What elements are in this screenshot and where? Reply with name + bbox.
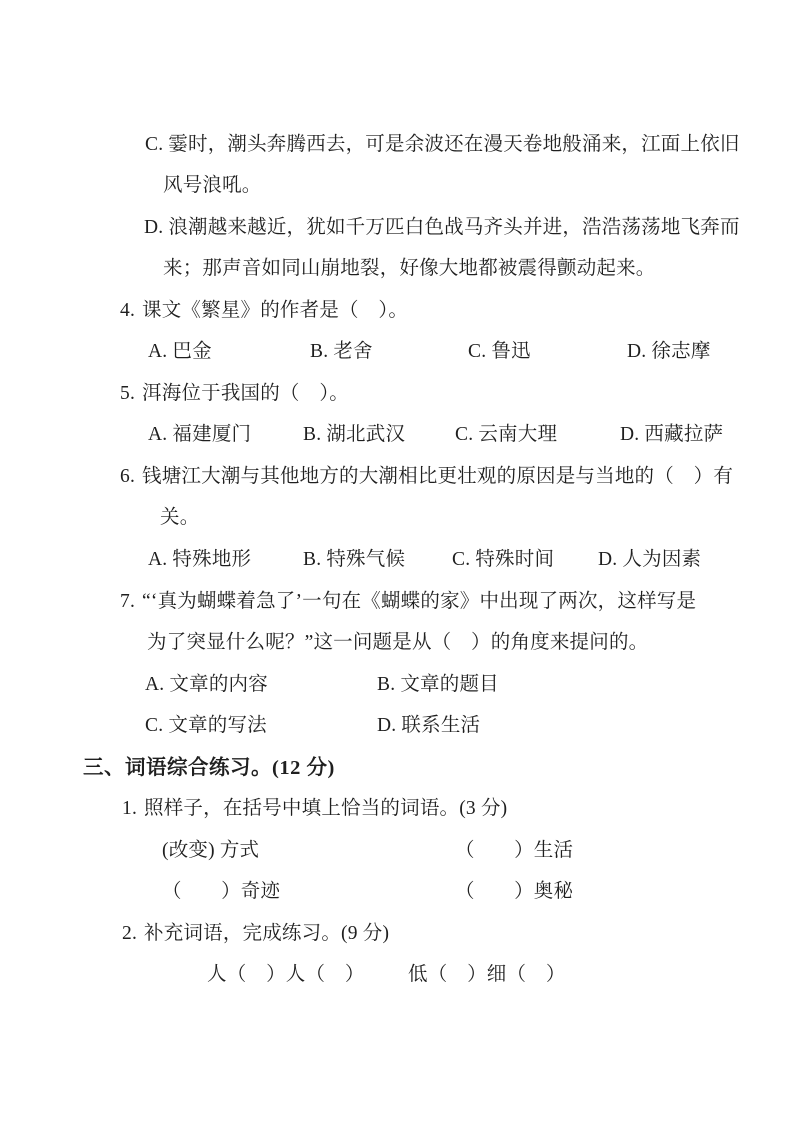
question-7-choice-c: C. 文章的写法 xyxy=(145,714,267,738)
section-3-item-1: 1.照样子，在括号中填上恰当的词语。(3 分) xyxy=(122,797,507,821)
section-3-title: 三、词语综合练习。(12 分) xyxy=(83,756,335,780)
question-7-choice-b: B. 文章的题目 xyxy=(377,673,499,697)
section-3-item-1-text: 照样子，在括号中填上恰当的词语。(3 分) xyxy=(144,798,507,819)
idiom-blank-di: 低（ ）细（ ） xyxy=(408,963,566,987)
question-7: 7.“‘真为蝴蝶着急了’一句在《蝴蝶的家》中出现了两次，这样写是 xyxy=(120,590,696,614)
question-5: 5.洱海位于我国的（ ）。 xyxy=(120,382,349,406)
question-5-choice-b: B. 湖北武汉 xyxy=(303,423,405,447)
question-7-choice-a: A. 文章的内容 xyxy=(145,673,268,697)
question-6-choice-b: B. 特殊气候 xyxy=(303,548,405,572)
question-6-choice-d: D. 人为因素 xyxy=(598,548,701,572)
question-6-text-line1: 钱塘江大潮与其他地方的大潮相比更壮观的原因是与当地的（ ）有 xyxy=(142,466,733,487)
question-6-number: 6. xyxy=(120,465,135,489)
question-7-choice-d: D. 联系生活 xyxy=(377,714,480,738)
question-4-choice-d: D. 徐志摩 xyxy=(627,340,711,364)
option-c-text-line2: 风号浪吼。 xyxy=(163,174,262,198)
question-4-text: 课文《繁星》的作者是（ ）。 xyxy=(142,300,408,321)
question-7-number: 7. xyxy=(120,590,135,614)
section-3-item-2-number: 2. xyxy=(122,922,137,946)
blank-aomi: （ ）奥秘 xyxy=(455,880,573,904)
question-4: 4.课文《繁星》的作者是（ ）。 xyxy=(120,299,408,323)
option-d-label: D. xyxy=(144,216,163,240)
option-d-text-line1: 浪潮越来越近，犹如千万匹白色战马齐头并进，浩浩荡荡地飞奔而 xyxy=(168,217,739,238)
question-5-number: 5. xyxy=(120,382,135,406)
question-6-text-line2: 关。 xyxy=(160,506,199,530)
exam-page: C.霎时，潮头奔腾西去，可是余波还在漫天卷地般涌来，江面上依旧 风号浪吼。 D.… xyxy=(0,0,793,1122)
section-3-item-2: 2.补充词语，完成练习。(9 分) xyxy=(122,922,389,946)
blank-qiji: （ ）奇迹 xyxy=(162,880,280,904)
option-c-row: C.霎时，潮头奔腾西去，可是余波还在漫天卷地般涌来，江面上依旧 xyxy=(145,133,740,157)
option-c-label: C. xyxy=(145,133,163,157)
question-7-text-line2: 为了突显什么呢？”这一问题是从（ ）的角度来提问的。 xyxy=(147,631,648,655)
question-4-choice-c: C. 鲁迅 xyxy=(468,340,531,364)
section-3-item-1-number: 1. xyxy=(122,797,137,821)
option-c-text-line1: 霎时，潮头奔腾西去，可是余波还在漫天卷地般涌来，江面上依旧 xyxy=(168,134,739,155)
idiom-blank-ren: 人（ ）人（ ） xyxy=(207,963,365,987)
blank-example-fangshi: (改变) 方式 xyxy=(162,839,259,863)
question-5-choice-c: C. 云南大理 xyxy=(455,423,557,447)
question-6-choice-a: A. 特殊地形 xyxy=(148,548,251,572)
question-5-choice-a: A. 福建厦门 xyxy=(148,423,251,447)
question-5-text: 洱海位于我国的（ ）。 xyxy=(142,383,349,404)
question-6-choice-c: C. 特殊时间 xyxy=(452,548,554,572)
question-5-choice-d: D. 西藏拉萨 xyxy=(620,423,723,447)
question-4-number: 4. xyxy=(120,299,135,323)
question-4-choice-a: A. 巴金 xyxy=(148,340,212,364)
option-d-text-line2: 来；那声音如同山崩地裂，好像大地都被震得颤动起来。 xyxy=(163,257,656,281)
question-7-text-line1: “‘真为蝴蝶着急了’一句在《蝴蝶的家》中出现了两次，这样写是 xyxy=(142,591,696,612)
blank-shenghuo: （ ）生活 xyxy=(455,839,573,863)
question-6: 6.钱塘江大潮与其他地方的大潮相比更壮观的原因是与当地的（ ）有 xyxy=(120,465,733,489)
question-4-choice-b: B. 老舍 xyxy=(310,340,373,364)
option-d-row: D.浪潮越来越近，犹如千万匹白色战马齐头并进，浩浩荡荡地飞奔而 xyxy=(144,216,740,240)
section-3-item-2-text: 补充词语，完成练习。(9 分) xyxy=(144,923,389,944)
